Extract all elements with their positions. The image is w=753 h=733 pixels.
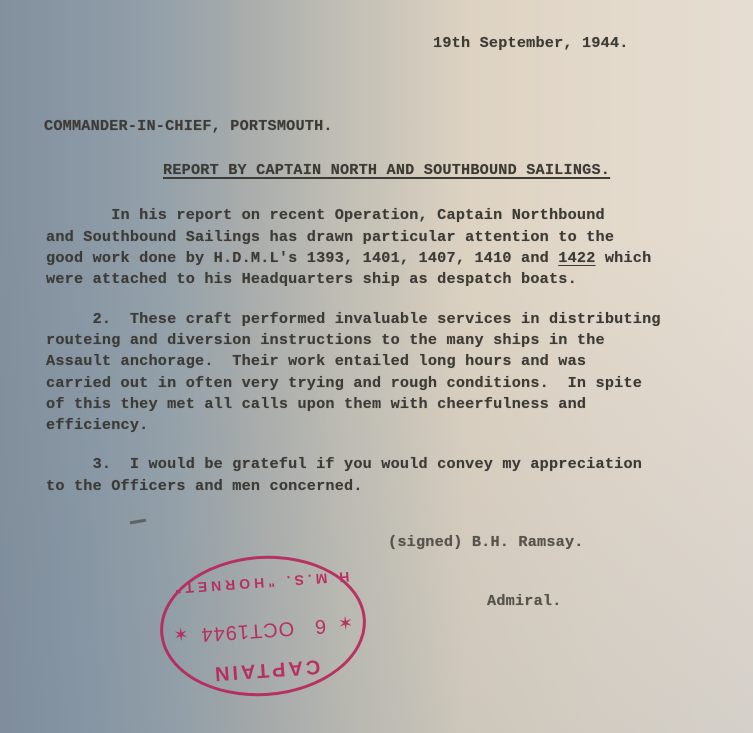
- paragraph-2-line-1: 2. These craft performed invaluable serv…: [46, 310, 661, 328]
- subject-heading: REPORT BY CAPTAIN NORTH AND SOUTHBOUND S…: [163, 161, 610, 179]
- ink-mark: [130, 519, 146, 525]
- star-icon: ✶: [337, 611, 354, 633]
- signatory-rank: Admiral.: [487, 592, 562, 610]
- paragraph-1-line-2: and Southbound Sailings has drawn partic…: [46, 228, 614, 246]
- stamp-bottom-text: CAPTAIN: [165, 651, 366, 688]
- letter-page: 19th September, 1944. COMMANDER-IN-CHIEF…: [0, 0, 753, 733]
- paragraph-2-line-4: carried out in often very trying and rou…: [46, 374, 642, 392]
- paragraph-1-line-3-text: good work done by H.D.M.L's 1393, 1401, …: [46, 249, 558, 267]
- paragraph-1-line-3-tail: which: [596, 249, 652, 267]
- paragraph-2-line-5: of this they met all calls upon them wit…: [46, 395, 586, 413]
- paragraph-3-line-2: to the Officers and men concerned.: [46, 477, 363, 495]
- letter-date: 19th September, 1944.: [433, 34, 629, 52]
- paragraph-2-line-2: routeing and diversion instructions to t…: [46, 331, 605, 349]
- paragraph-1-line-4: were attached to his Headquarters ship a…: [46, 270, 577, 288]
- paragraph-2-line-3: Assault anchorage. Their work entailed l…: [46, 352, 586, 370]
- received-stamp: CAPTAIN 6OCT1944 ✶ ✶ H.M.S. "HORNET": [155, 549, 370, 703]
- paragraph-1-line-1: In his report on recent Operation, Capta…: [46, 206, 605, 224]
- paragraph-2-line-6: efficiency.: [46, 416, 148, 434]
- underlined-boat-number: 1422: [558, 249, 595, 267]
- signature: (signed) B.H. Ramsay.: [388, 533, 584, 551]
- stamp-month-year: OCT1944: [200, 616, 295, 645]
- stamp-day: 6: [313, 614, 327, 638]
- stamp-date: 6OCT1944: [163, 611, 364, 648]
- addressee: COMMANDER-IN-CHIEF, PORTSMOUTH.: [44, 117, 333, 135]
- stamp-top-text: H.M.S. "HORNET": [160, 568, 361, 598]
- star-icon: ✶: [173, 622, 190, 644]
- paragraph-1-line-3: good work done by H.D.M.L's 1393, 1401, …: [46, 249, 651, 267]
- stamp-inverted-content: CAPTAIN 6OCT1944 ✶ ✶ H.M.S. "HORNET": [159, 552, 368, 700]
- paragraph-3-line-1: 3. I would be grateful if you would conv…: [46, 455, 642, 473]
